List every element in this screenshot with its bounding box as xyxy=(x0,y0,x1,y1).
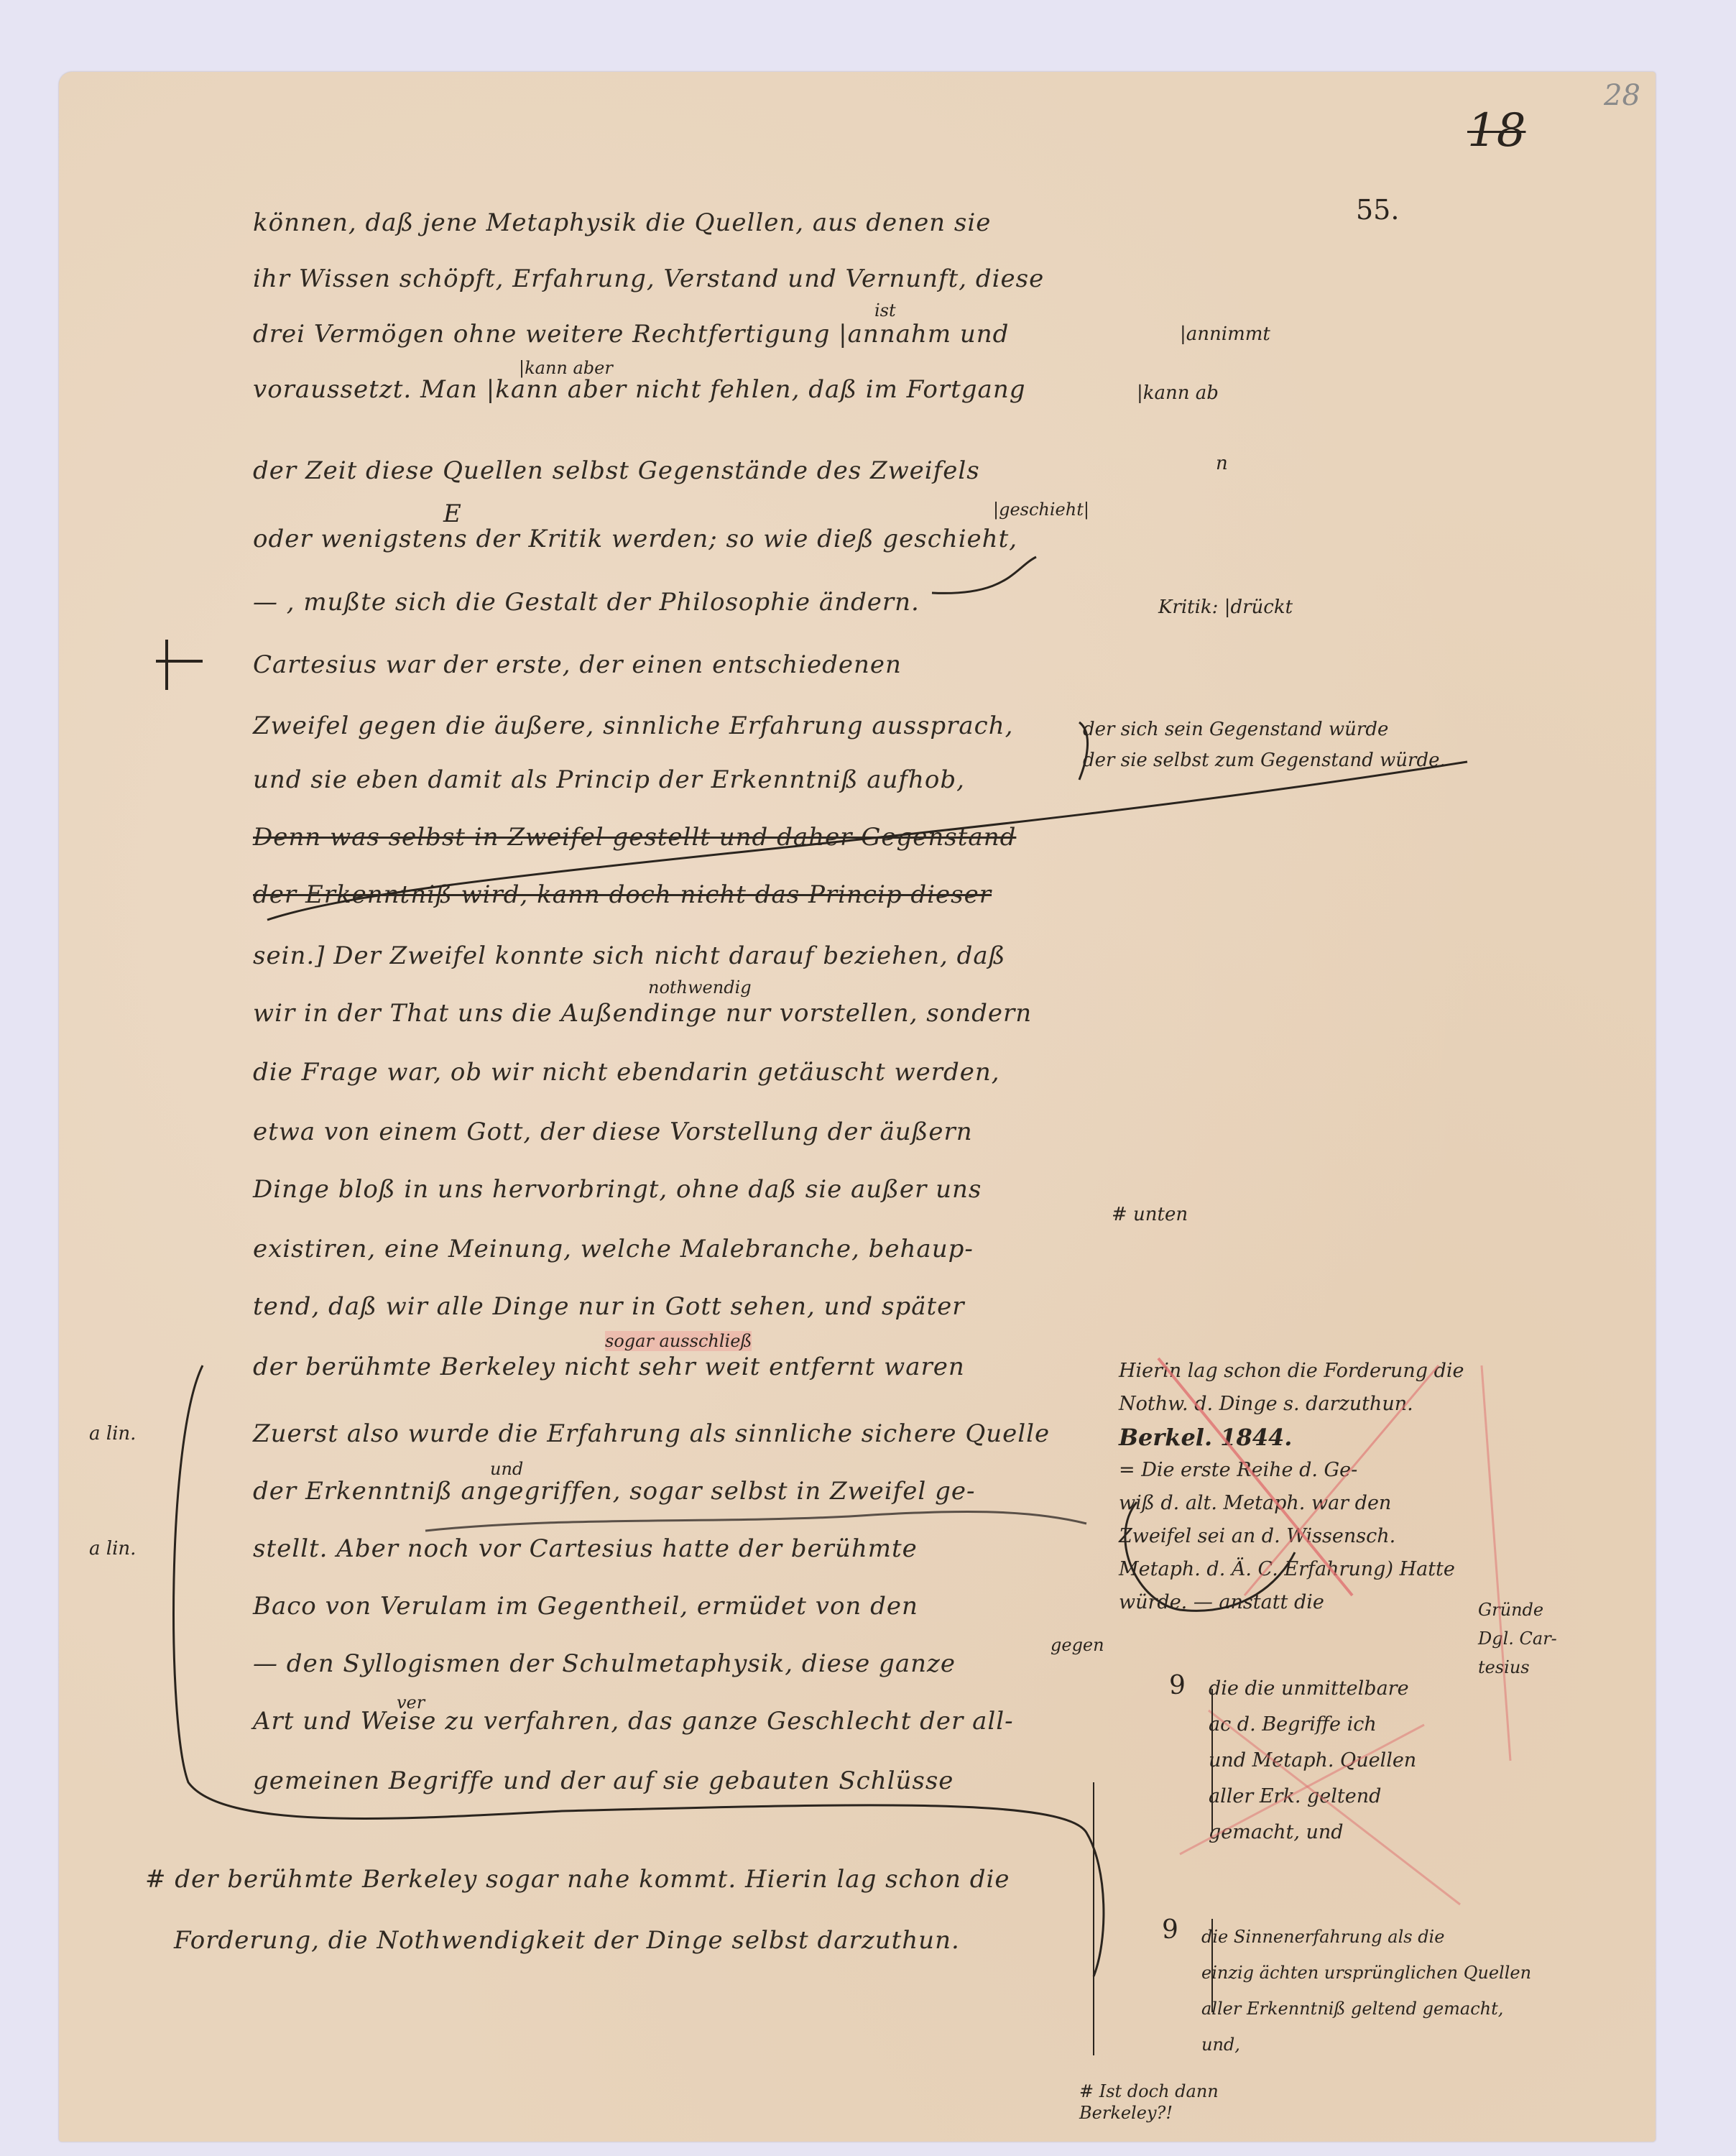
editorial-marks xyxy=(59,72,1656,2142)
manuscript-page: 28 18 55. können, daß jene Metaphysik di… xyxy=(59,72,1656,2142)
